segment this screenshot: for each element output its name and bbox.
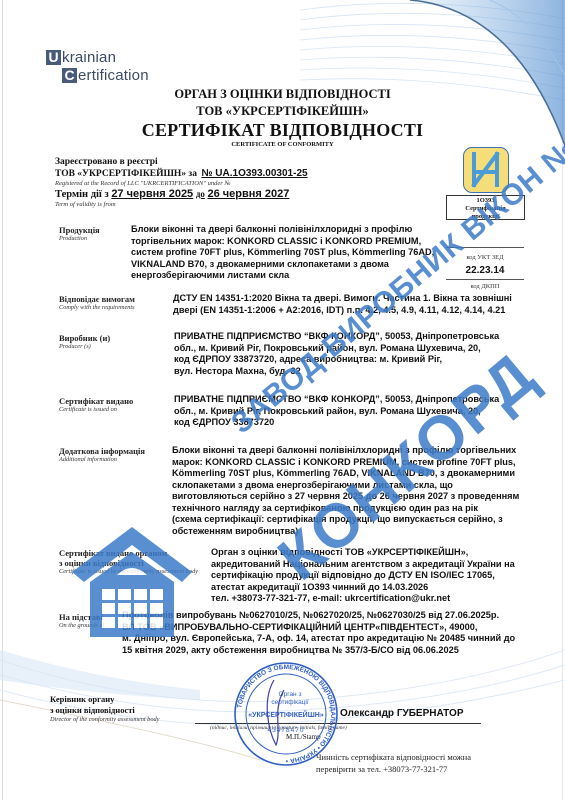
issued-by-label: Сертифікат видано органом з оцінки відпо… [59,548,198,576]
registration-prefix: ТОВ «УКРСЕРТІФІКЕЙШН» за [55,169,197,179]
divider [446,279,524,280]
dkpp-label: код ДКПП [446,281,524,292]
conformity-mark-label: 1О393 Сертифікація продукції [446,195,525,220]
issuing-body-heading: ОРГАН З ОЦІНКИ ВІДПОВІДНОСТІ ТОВ «УКРСЕР… [0,86,565,120]
certificate-page: U krainian C ertification ОРГАН З ОЦІНКИ… [0,0,565,800]
additional-info-label: Додаткова інформація Additional informat… [59,446,145,464]
svg-text:«УКРСЕРТІФІКЕЙШН»: «УКРСЕРТІФІКЕЙШН» [248,710,324,719]
svg-text:сертифікації: сертифікації [271,698,309,706]
director-name: Олександр ГУБЕРНАТОР [340,708,464,719]
product-code-value: 22.23.14 [446,263,524,279]
registration-en: Registered at the Record of LLC "UKRCERT… [55,180,308,188]
ukt-zed-label: код УКТ ЗЕД [446,252,524,263]
validity-check-note: Чинність сертифіката відповідності можна… [316,752,471,775]
production-label: Продукція Production [59,225,100,243]
production-value: Блоки віконні та двері балконні полівіні… [131,224,434,282]
grounds-value: Протоколів випробувань №0627010/25, №062… [122,610,515,656]
additional-info-value: Блоки віконні та двері балконні полівіні… [172,445,519,537]
registration-line-1: Зареєстровано в реєстрі [55,156,308,168]
validity-en: Term of validity is from [55,201,308,209]
director-label: Керівник органу з оцінки відповідності D… [50,694,159,726]
logo-letter-c: C [62,68,77,83]
grounds-label: На підставі On the grounds of [59,612,104,630]
certificate-title: СЕРТИФІКАТ ВІДПОВІДНОСТІ [0,120,565,141]
logo-text-line2: ertification [78,68,149,83]
valid-to-word: до [196,189,205,199]
product-codes: код УКТ ЗЕД 22.23.14 код ДКПП [446,247,524,292]
valid-to-date: 26 червня 2027 [208,188,290,200]
valid-from-date: 27 червня 2025 [111,188,193,200]
requirements-value: ДСТУ EN 14351-1:2020 Вікна та двері. Вим… [173,293,512,316]
logo-text-line1: krainian [62,50,116,65]
conformity-mark-icon [463,147,509,193]
requirements-label: Відповідає вимогам Comply with the requi… [59,294,135,312]
ukrainian-certification-logo: U krainian C ertification [46,48,149,84]
issued-by-value: Орган з оцінки відповідності ТОВ «УКРСЕР… [211,547,515,605]
producer-value: ПРИВАТНЕ ПІДПРИЄМСТВО “ВКФ КОНКОРД”, 500… [174,331,499,377]
registration-block: Зареєстровано в реєстрі ТОВ «УКРСЕРТІФІК… [55,156,308,209]
svg-text:43478470: 43478470 [268,727,305,734]
registration-number: № UA.1О393.00301-25 [201,168,307,179]
validity-prefix: Термін дії з [55,189,109,200]
org-line-2: ТОВ «УКРСЕРТІФІКЕЙШН» [0,103,565,120]
issued-to-value: ПРИВАТНЕ ПІДПРИЄМСТВО “ВКФ КОНКОРД”, 500… [174,394,499,429]
issued-to-label: Сертифікат видано Certificate is issued … [59,396,133,414]
divider [446,247,524,248]
logo-letter-u: U [46,50,61,65]
org-line-1: ОРГАН З ОЦІНКИ ВІДПОВІДНОСТІ [0,86,565,103]
producer-label: Виробник (и) Producer (s) [59,333,110,351]
